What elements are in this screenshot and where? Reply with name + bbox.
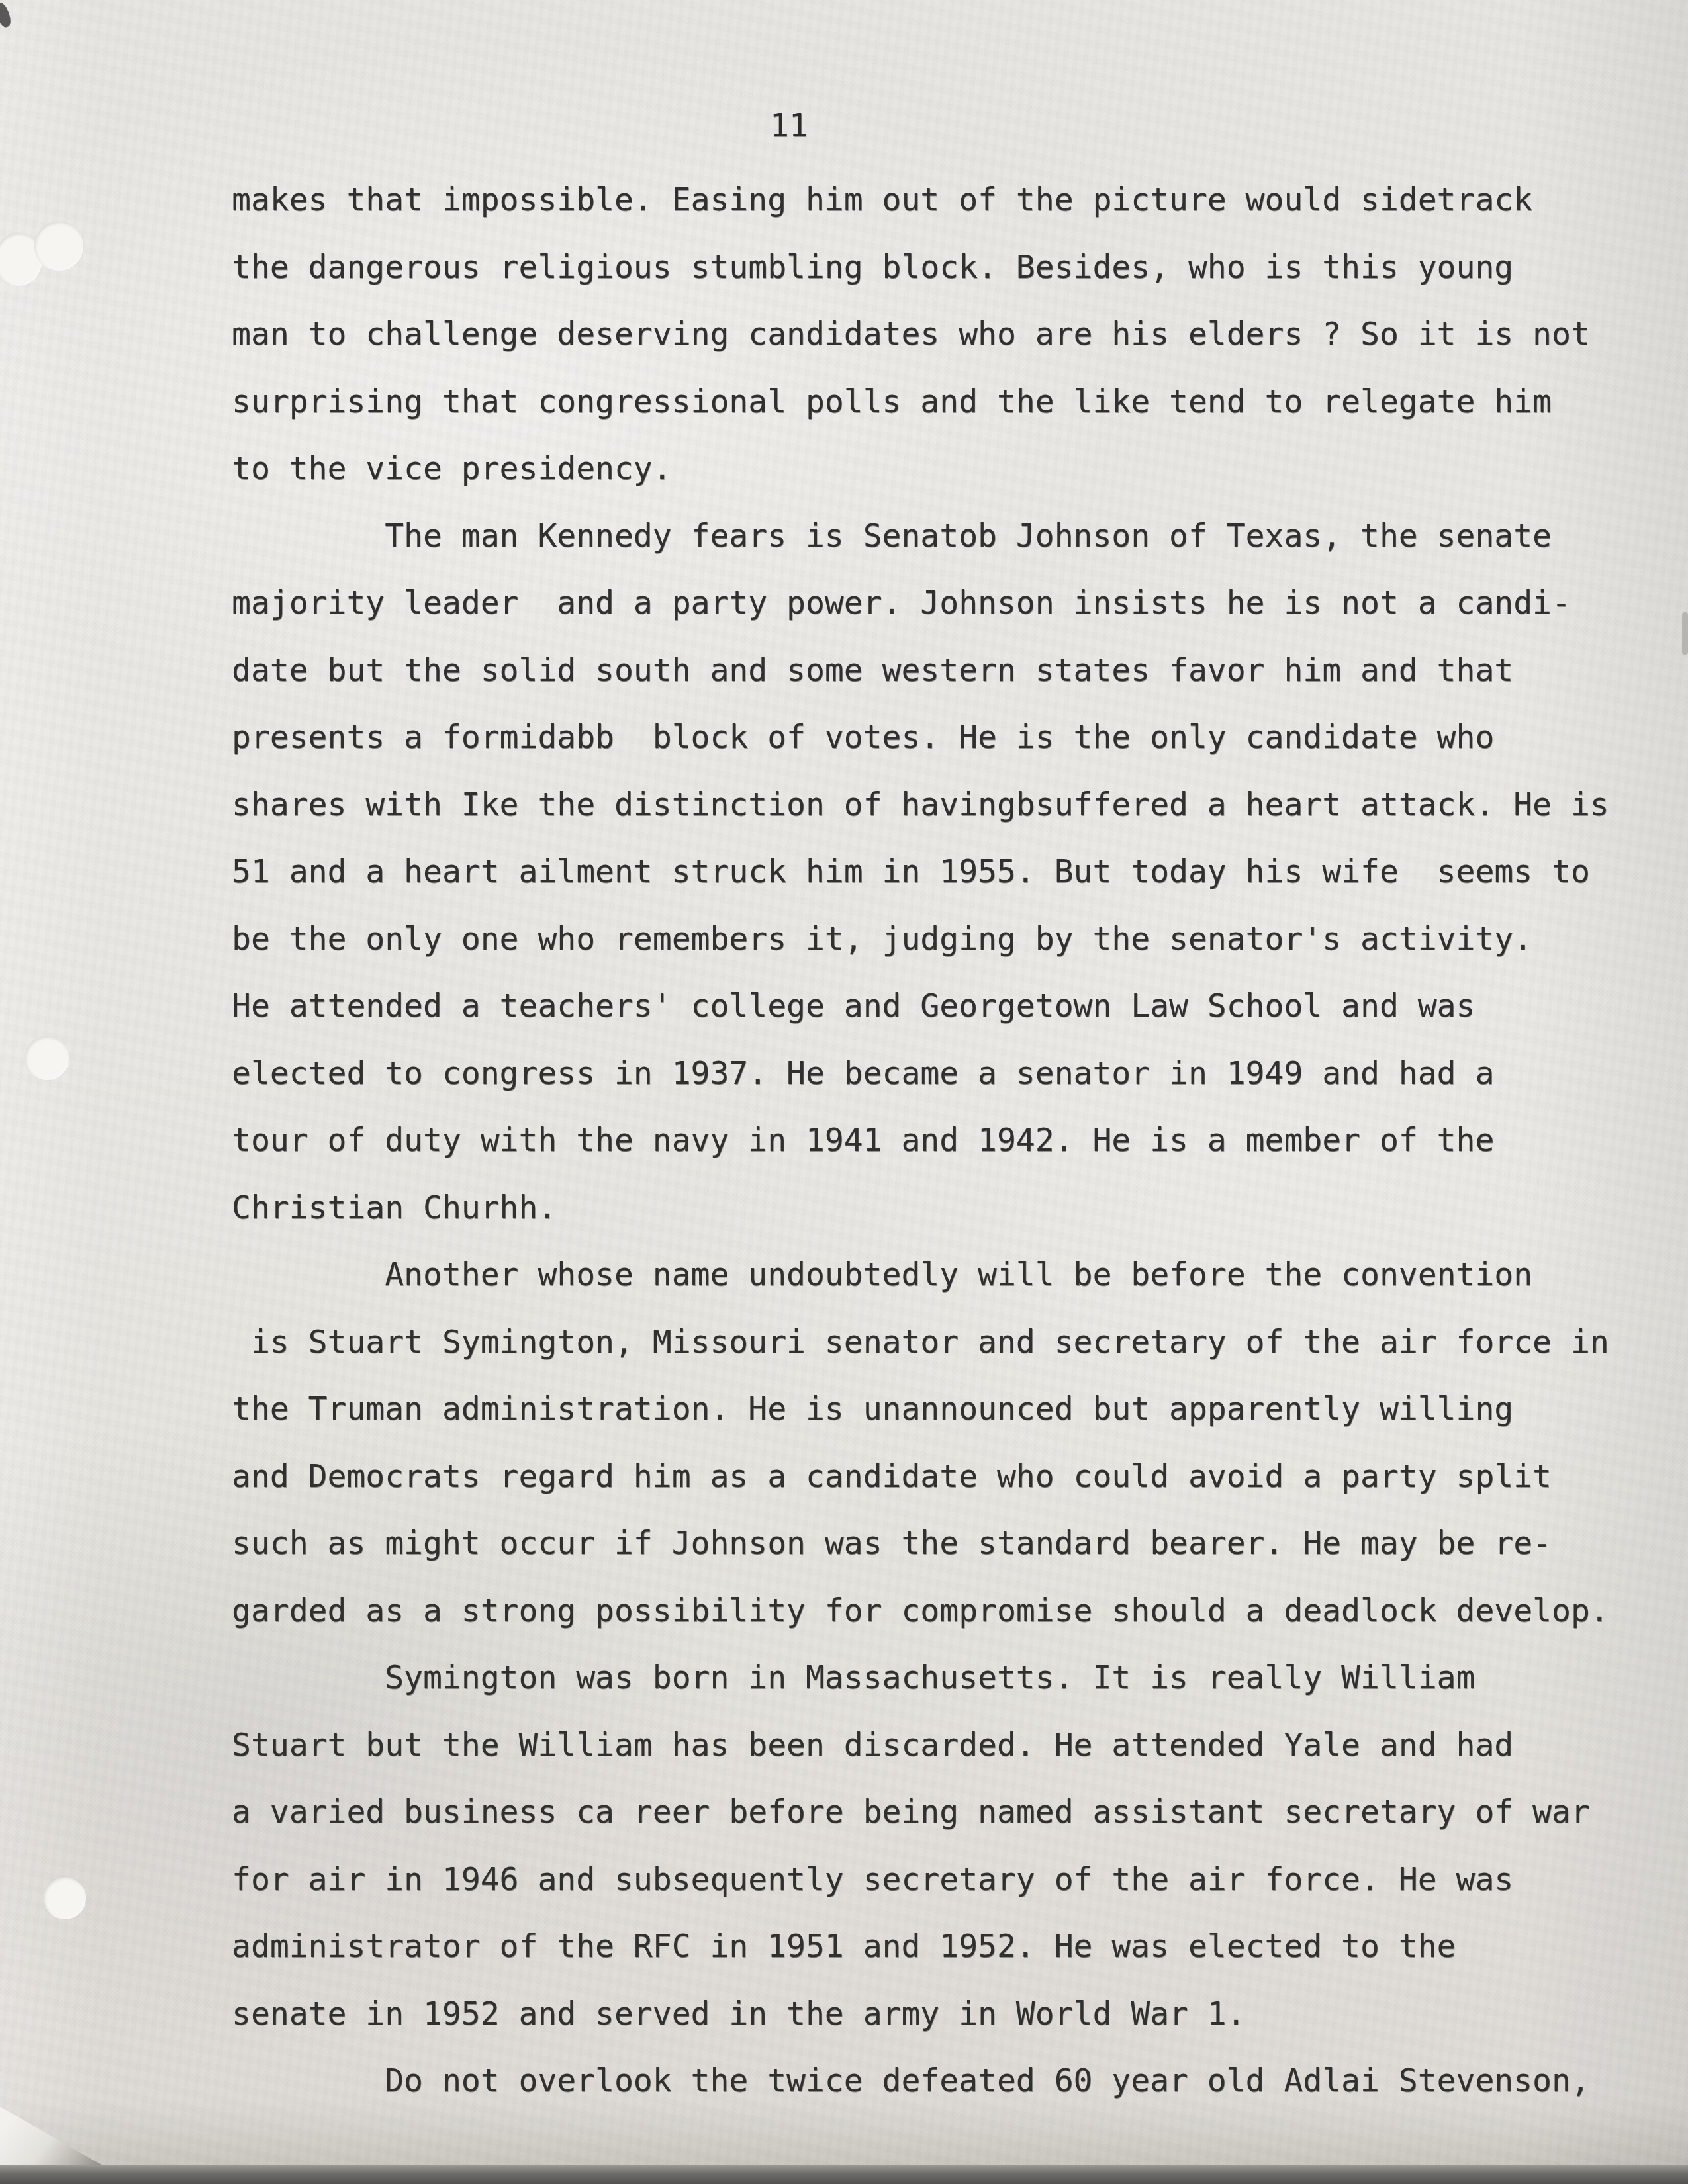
scanner-bed-strip <box>0 2165 1688 2184</box>
punch-hole-top-right-lobe <box>34 222 83 271</box>
punch-hole-middle <box>25 1036 69 1080</box>
punch-hole-bottom <box>44 1877 86 1919</box>
scan-artifact-right-edge <box>1682 612 1688 655</box>
page-number: 11 <box>770 93 808 160</box>
typewritten-body-text: makes that impossible. Easing him out of… <box>232 167 1609 2115</box>
scanned-typewritten-page: 11 makes that impossible. Easing him out… <box>0 0 1688 2184</box>
